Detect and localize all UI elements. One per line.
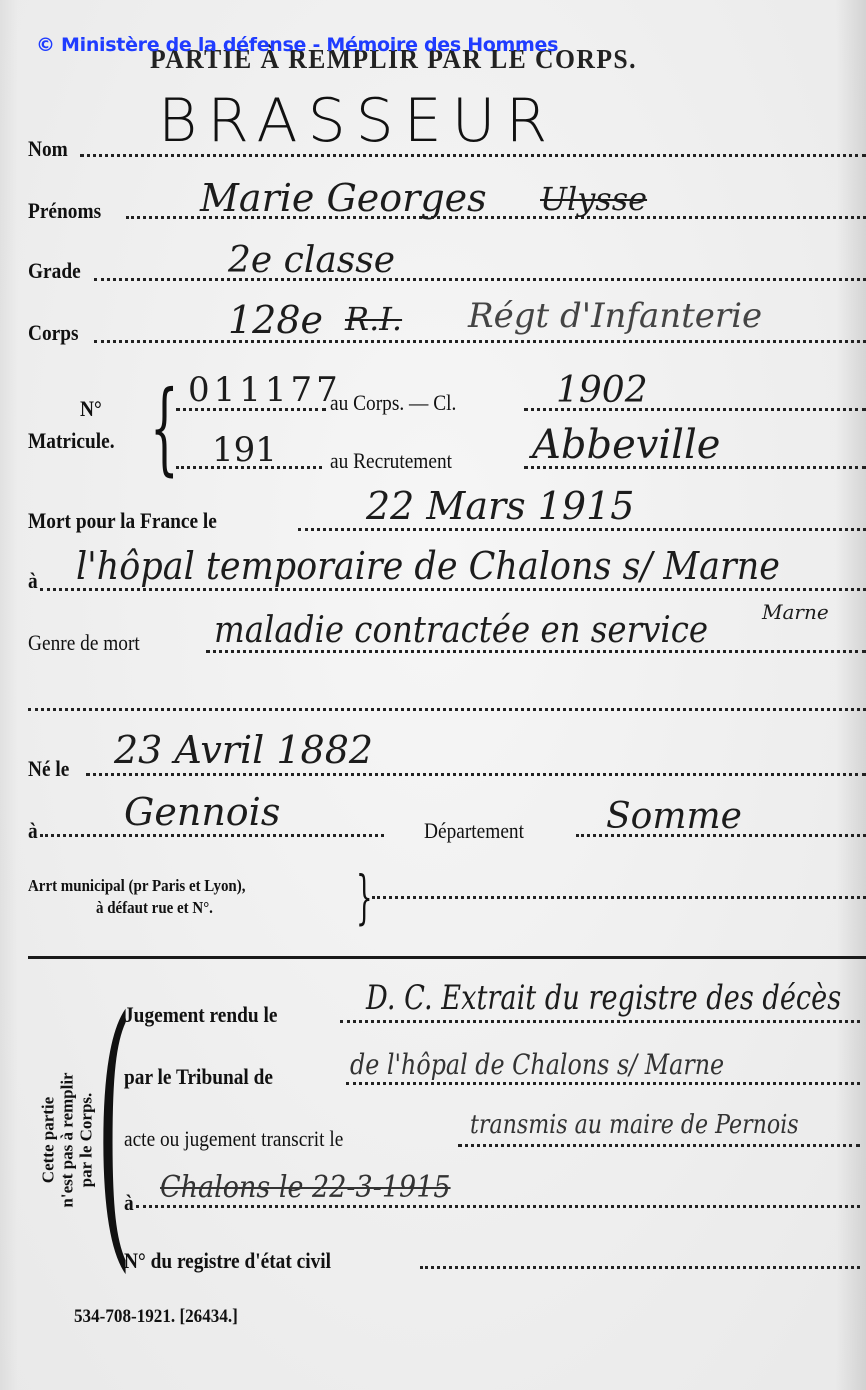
ne-le-line bbox=[86, 773, 866, 776]
corps-value: Régt d'Infanterie bbox=[468, 296, 762, 336]
corps-line bbox=[94, 340, 866, 343]
footer-print-code: 534-708-1921. [26434.] bbox=[74, 1306, 238, 1328]
side-note-line-2: n'est pas à remplir bbox=[58, 1072, 77, 1207]
matricule-brace: { bbox=[150, 378, 179, 478]
mort-line bbox=[298, 528, 866, 531]
matricule-label: Matricule. bbox=[28, 428, 115, 454]
lieu-mort-label: à bbox=[28, 568, 38, 594]
nom-value: BRASSEUR bbox=[158, 86, 557, 156]
registre-line bbox=[420, 1266, 860, 1269]
corps-struck-value: R.I. bbox=[345, 300, 402, 338]
transcrit-line bbox=[458, 1144, 860, 1147]
jugement-label: Jugement rendu le bbox=[124, 1002, 277, 1028]
grade-label: Grade bbox=[28, 258, 81, 284]
arr-municipal-label: Arrt municipal (pr Paris et Lyon), bbox=[28, 876, 245, 896]
matricule-recrutement-number: 191 bbox=[212, 430, 277, 470]
mort-label: Mort pour la France le bbox=[28, 508, 217, 534]
arr-municipal-label-2: à défaut rue et N°. bbox=[96, 898, 213, 918]
tribunal-label: par le Tribunal de bbox=[124, 1064, 273, 1090]
lieu-mort-line bbox=[40, 588, 866, 591]
blank-line bbox=[28, 708, 866, 711]
ne-le-label: Né le bbox=[28, 756, 69, 782]
copyright-watermark: © Ministère de la défense - Mémoire des … bbox=[36, 34, 558, 56]
corps-label: Corps bbox=[28, 320, 79, 346]
ne-a-value: Gennois bbox=[124, 790, 280, 834]
recrutement-value: Abbeville bbox=[532, 422, 720, 468]
section-divider bbox=[28, 956, 866, 959]
prenoms-label: Prénoms bbox=[28, 198, 101, 224]
matricule-corps-number: 011177 bbox=[188, 370, 342, 410]
transcrit-a-value: Chalons le 22-3-1915 bbox=[160, 1170, 451, 1205]
transcrit-a-line bbox=[136, 1205, 860, 1208]
transcrit-value: transmis au maire de Pernois bbox=[470, 1110, 799, 1140]
mort-value: 22 Mars 1915 bbox=[366, 484, 634, 528]
ne-le-value: 23 Avril 1882 bbox=[114, 728, 373, 772]
tribunal-value: de l'hôpal de Chalons s/ Marne bbox=[350, 1048, 724, 1081]
jugement-line bbox=[340, 1020, 860, 1023]
jugement-value: D. C. Extrait du registre des décès bbox=[366, 978, 841, 1018]
nom-label: Nom bbox=[28, 136, 68, 162]
registre-label: N° du registre d'état civil bbox=[124, 1248, 331, 1274]
arr-municipal-line bbox=[372, 896, 866, 899]
recrutement-label: au Recrutement bbox=[330, 448, 452, 474]
classe-value: 1902 bbox=[556, 370, 648, 411]
prenoms-value: Marie Georges bbox=[200, 176, 487, 220]
grade-value: 2e classe bbox=[228, 240, 395, 281]
prenoms-struck-value: Ulysse bbox=[540, 180, 647, 218]
genre-mort-label: Genre de mort bbox=[28, 630, 140, 656]
genre-mort-value: maladie contractée en service bbox=[214, 610, 708, 651]
transcrit-a-label: à bbox=[124, 1190, 134, 1216]
arr-municipal-brace: } bbox=[356, 868, 373, 926]
grade-line bbox=[94, 278, 866, 281]
corps-number: 128e bbox=[228, 298, 323, 342]
lieu-mort-value: l'hôpal temporaire de Chalons s/ Marne bbox=[76, 544, 780, 588]
departement-label: Département bbox=[424, 818, 524, 844]
departement-value: Somme bbox=[606, 796, 742, 837]
matricule-no-label: N° bbox=[80, 396, 102, 422]
tribunal-line bbox=[346, 1082, 860, 1085]
matricule-corps-label: au Corps. — Cl. bbox=[330, 390, 456, 416]
transcrit-label: acte ou jugement transcrit le bbox=[124, 1126, 343, 1152]
ne-a-line bbox=[40, 834, 384, 837]
ne-a-label: à bbox=[28, 818, 38, 844]
side-note-line-3: par le Corps. bbox=[77, 1072, 96, 1207]
side-note-line-1: Cette partie bbox=[39, 1072, 58, 1207]
genre-mort-annotation: Marne bbox=[762, 600, 829, 624]
